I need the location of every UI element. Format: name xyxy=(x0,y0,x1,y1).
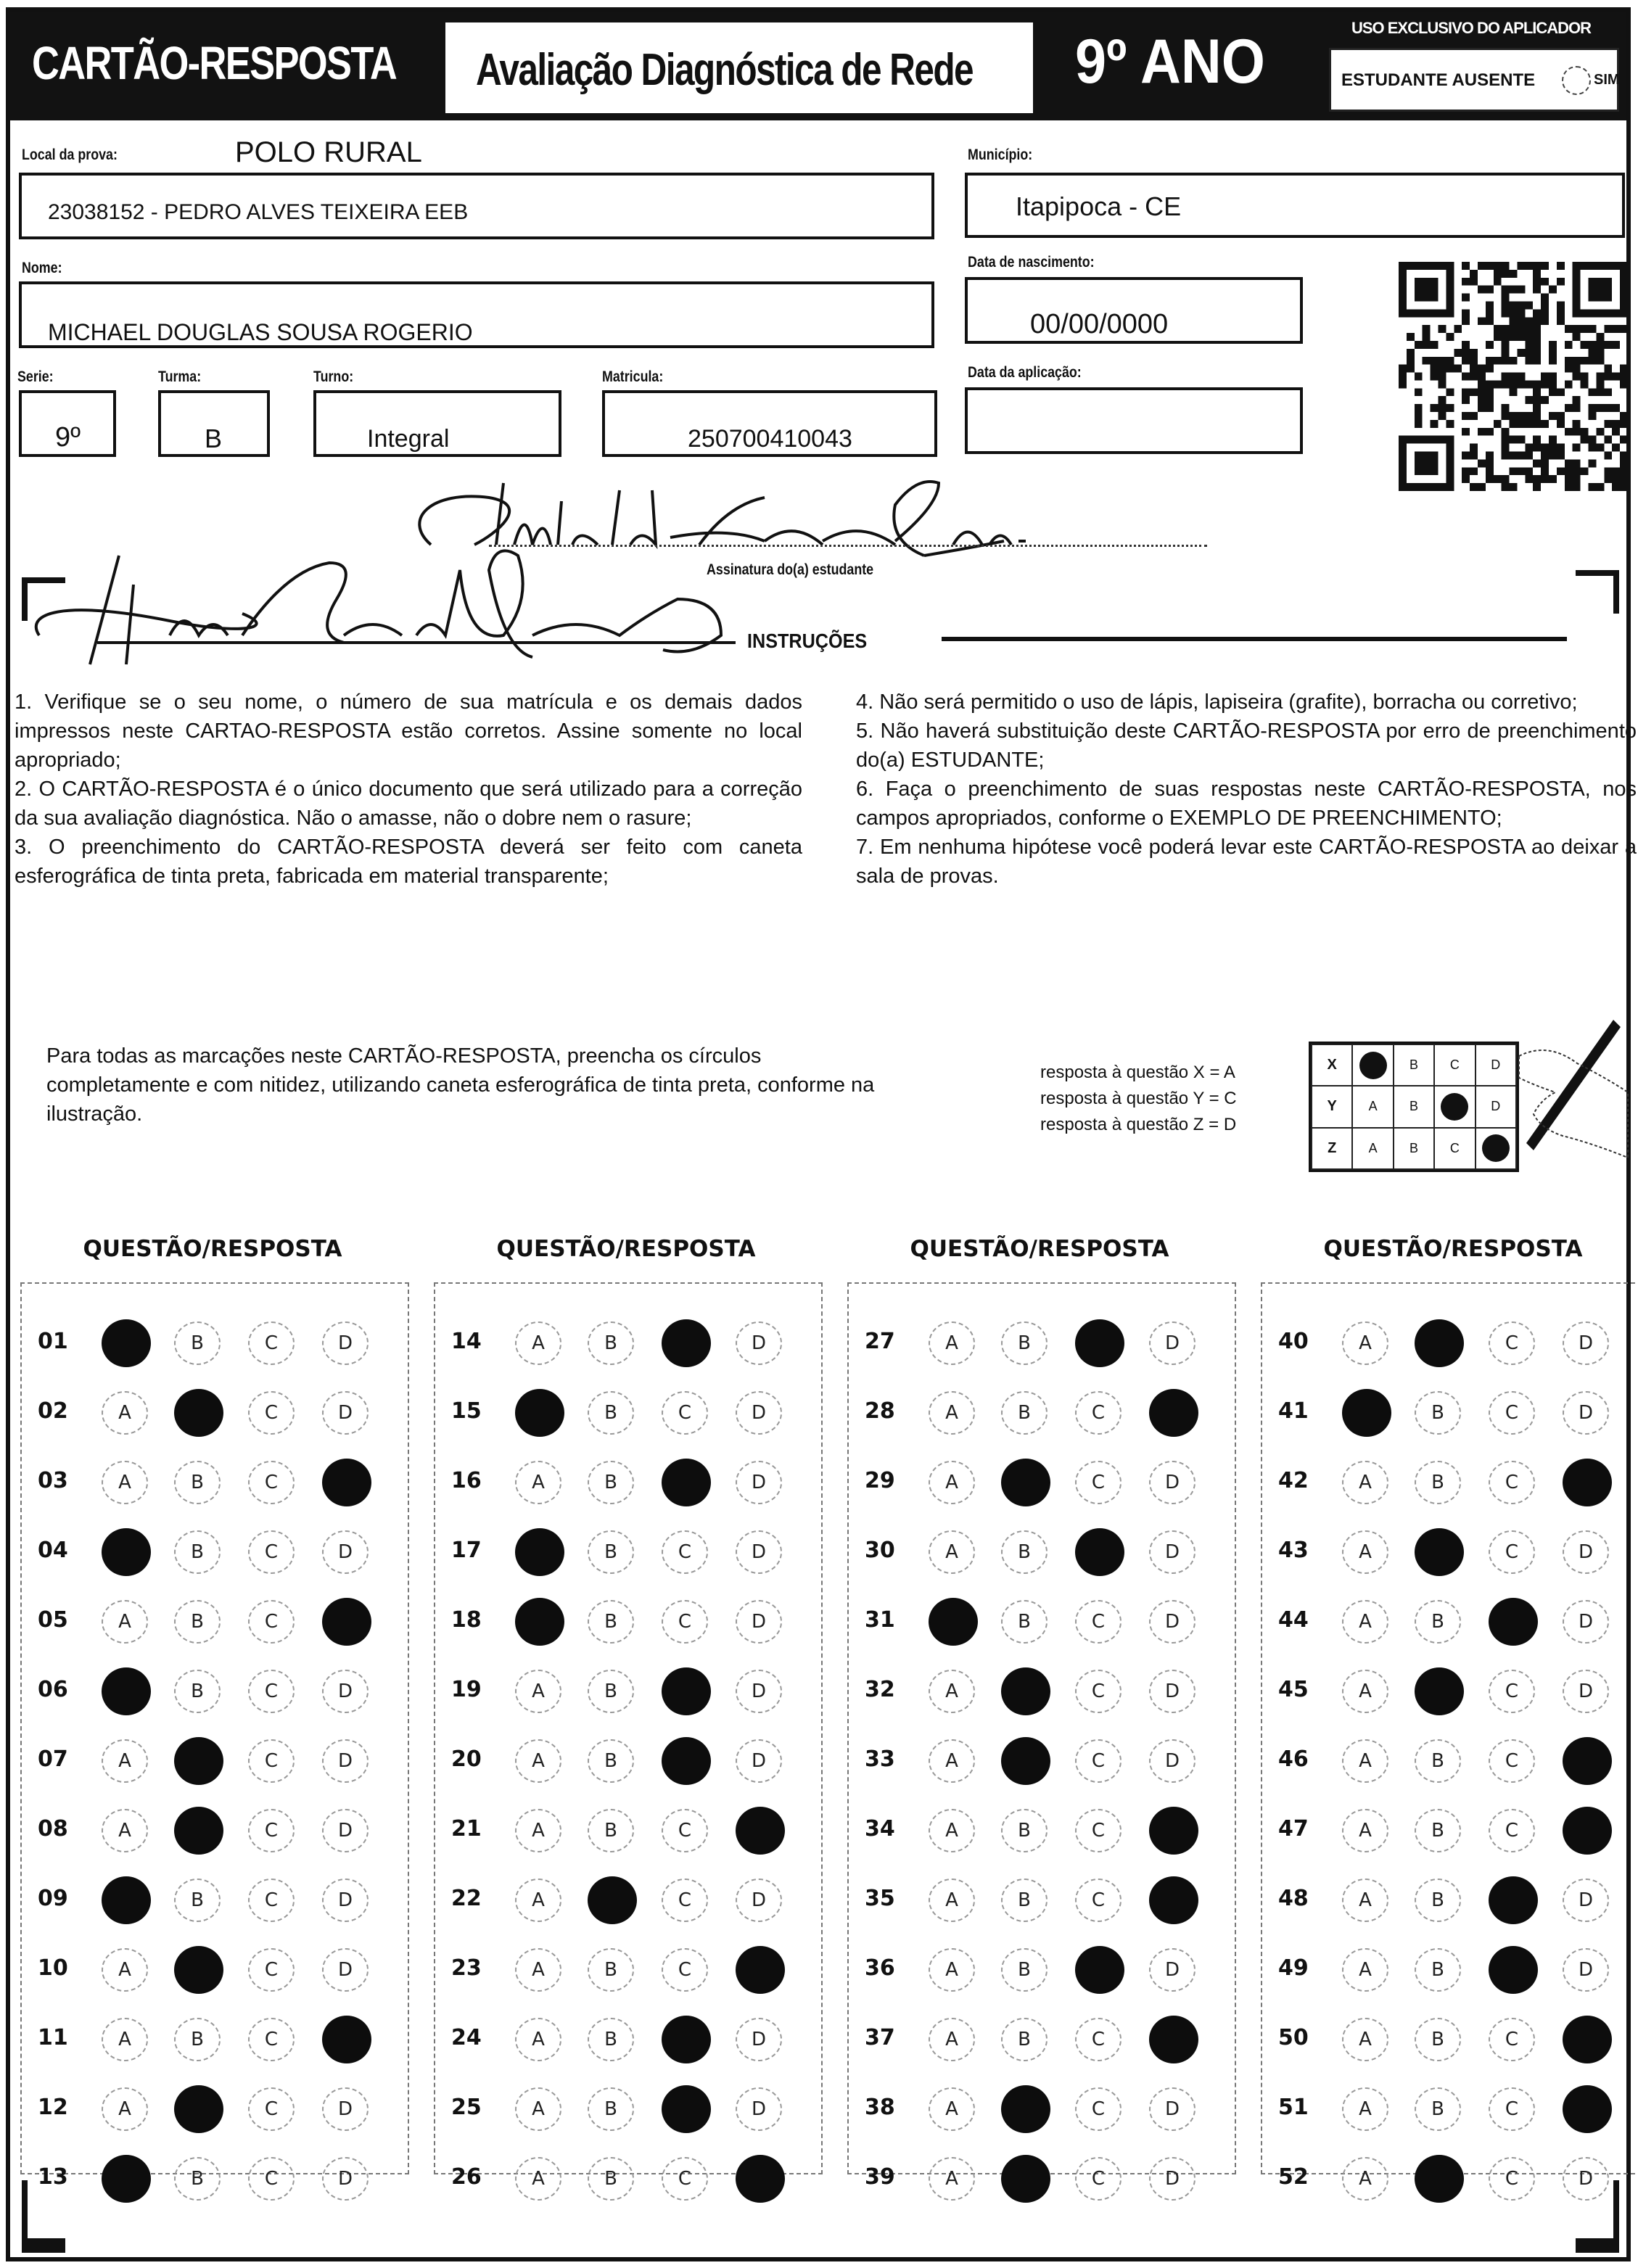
question-row: 48ABCD xyxy=(1262,1865,1638,1935)
answer-bubble-a[interactable]: A xyxy=(929,1739,975,1783)
answer-bubble-b[interactable]: B xyxy=(1415,2087,1461,2131)
answer-bubble-b[interactable]: B xyxy=(1415,1600,1461,1644)
answer-bubble-d[interactable]: D xyxy=(1563,2016,1612,2063)
answer-bubble-a[interactable]: A xyxy=(929,1809,975,1852)
answer-bubble-d[interactable]: D xyxy=(322,1670,369,1713)
answer-bubble-c[interactable]: C xyxy=(1075,1879,1122,1922)
answer-bubble-c[interactable]: C xyxy=(1489,1391,1535,1435)
answer-bubble-b[interactable]: B xyxy=(174,1530,221,1574)
answer-bubble-c[interactable]: C xyxy=(1075,2157,1122,2201)
applicator-label: USO EXCLUSIVO DO APLICADOR xyxy=(1316,19,1626,38)
answer-bubble-a[interactable]: A xyxy=(929,1321,975,1365)
question-row: 08ABCD xyxy=(22,1796,408,1865)
answer-bubble-b[interactable]: B xyxy=(174,1807,223,1855)
answer-bubble-a[interactable]: A xyxy=(102,2087,148,2131)
answer-bubble-a[interactable]: A xyxy=(1342,1600,1388,1644)
question-number: 07 xyxy=(38,1747,68,1772)
answer-bubble-c[interactable]: C xyxy=(248,1321,295,1365)
answer-bubble-a[interactable]: A xyxy=(1342,1948,1388,1992)
answer-bubble-b[interactable]: B xyxy=(1415,1948,1461,1992)
question-number: 38 xyxy=(865,2095,895,2120)
answer-bubble-b[interactable]: B xyxy=(588,1391,634,1435)
answer-bubble-b[interactable]: B xyxy=(588,1739,634,1783)
question-row: 06ABCD xyxy=(22,1657,408,1726)
answer-bubble-c[interactable]: C xyxy=(662,1879,708,1922)
question-number: 39 xyxy=(865,2164,895,2190)
answer-bubble-a[interactable]: A xyxy=(515,1879,561,1922)
answer-bubble-b[interactable]: B xyxy=(174,2018,221,2061)
answer-bubble-a[interactable]: A xyxy=(929,1948,975,1992)
question-number: 09 xyxy=(38,1886,68,1911)
answer-bubble-c[interactable]: C xyxy=(1075,2018,1122,2061)
answer-bubble-d[interactable]: D xyxy=(1149,1807,1198,1855)
question-number: 46 xyxy=(1278,1747,1309,1772)
answer-bubble-b[interactable]: B xyxy=(588,2157,634,2201)
answer-bubble-d[interactable]: D xyxy=(322,2016,371,2063)
answer-bubble-c[interactable]: C xyxy=(248,1391,295,1435)
answer-bubble-d[interactable]: D xyxy=(1563,2085,1612,2133)
example-option xyxy=(1352,1044,1393,1086)
aplicacao-field xyxy=(965,387,1303,454)
answer-bubble-c[interactable]: C xyxy=(662,1600,708,1644)
nome-value: MICHAEL DOUGLAS SOUSA ROGERIO xyxy=(48,319,473,346)
answer-bubble-a[interactable]: A xyxy=(102,1319,151,1367)
answer-bubble-a[interactable]: A xyxy=(1342,2018,1388,2061)
answer-bubble-b[interactable]: B xyxy=(588,1530,634,1574)
answer-bubble-c[interactable]: C xyxy=(248,1670,295,1713)
answer-sheet: CARTÃO-RESPOSTA Avaliação Diagnóstica de… xyxy=(6,7,1631,2261)
example-option: B xyxy=(1394,1128,1434,1169)
absent-radio[interactable] xyxy=(1562,66,1591,95)
answer-bubble-c[interactable]: C xyxy=(248,1461,295,1504)
answer-bubble-c[interactable]: C xyxy=(1075,1528,1124,1576)
question-row: 01ABCD xyxy=(22,1308,408,1378)
answer-bubble-b[interactable]: B xyxy=(174,1946,223,1994)
question-row: 24ABCD xyxy=(435,2005,821,2074)
filled-bubble-icon xyxy=(1441,1093,1468,1121)
answer-bubble-c[interactable]: C xyxy=(662,1530,708,1574)
question-row: 32ABCD xyxy=(849,1657,1235,1726)
answer-bubble-a[interactable]: A xyxy=(929,2087,975,2131)
serie-value: 9º xyxy=(55,422,81,453)
answer-bubble-c[interactable]: C xyxy=(1489,1809,1535,1852)
answer-bubble-d[interactable]: D xyxy=(736,2087,782,2131)
answer-bubble-c[interactable]: C xyxy=(248,1600,295,1644)
example-legend-item: resposta à questão Y = C xyxy=(1040,1086,1237,1112)
answer-bubble-d[interactable]: D xyxy=(322,1598,371,1646)
turno-value: Integral xyxy=(367,425,449,453)
answer-bubble-d[interactable]: D xyxy=(736,1391,782,1435)
answer-bubble-d[interactable]: D xyxy=(736,1739,782,1783)
question-number: 02 xyxy=(38,1398,68,1424)
answer-bubble-d[interactable]: D xyxy=(1563,1807,1612,1855)
answer-bubble-a[interactable]: A xyxy=(102,1461,148,1504)
answer-bubble-b[interactable]: B xyxy=(174,1737,223,1785)
question-number: 43 xyxy=(1278,1538,1309,1563)
answer-bubble-b[interactable]: B xyxy=(588,1321,634,1365)
question-number: 29 xyxy=(865,1468,895,1493)
answer-bubble-d[interactable]: D xyxy=(1149,1876,1198,1924)
question-number: 42 xyxy=(1278,1468,1309,1493)
answer-bubble-c[interactable]: C xyxy=(248,1879,295,1922)
answer-bubble-d[interactable]: D xyxy=(322,2157,369,2201)
nascimento-field: 00/00/0000 xyxy=(965,277,1303,344)
answer-bubble-a[interactable]: A xyxy=(102,1528,151,1576)
answer-bubble-d[interactable]: D xyxy=(736,1600,782,1644)
answer-bubble-a[interactable]: A xyxy=(929,1879,975,1922)
registration-mark-bottom-left xyxy=(22,2180,65,2253)
answer-bubble-d[interactable]: D xyxy=(322,2087,369,2131)
answer-bubble-a[interactable]: A xyxy=(929,2157,975,2201)
answer-bubble-a[interactable]: A xyxy=(102,2155,151,2203)
answer-bubble-d[interactable]: D xyxy=(322,1739,369,1783)
answer-bubble-d[interactable]: D xyxy=(1563,1737,1612,1785)
question-number: 51 xyxy=(1278,2095,1309,2120)
answer-bubble-b[interactable]: B xyxy=(1001,1391,1048,1435)
answer-bubble-b[interactable]: B xyxy=(174,1321,221,1365)
exam-title-box: Avaliação Diagnóstica de Rede xyxy=(445,22,1033,113)
answer-bubble-a[interactable]: A xyxy=(1342,1389,1391,1437)
answer-bubble-d[interactable]: D xyxy=(736,2018,782,2061)
question-number: 21 xyxy=(451,1816,482,1842)
answer-bubble-c[interactable]: C xyxy=(1075,1461,1122,1504)
answer-bubble-d[interactable]: D xyxy=(736,1807,785,1855)
question-row: 22ABCD xyxy=(435,1865,821,1935)
answer-bubble-b[interactable]: B xyxy=(588,2087,634,2131)
answer-bubble-a[interactable]: A xyxy=(1342,1739,1388,1783)
answer-bubble-a[interactable]: A xyxy=(929,1598,978,1646)
answer-bubble-d[interactable]: D xyxy=(1149,1948,1195,1992)
answer-bubble-b[interactable]: B xyxy=(174,1879,221,1922)
answer-bubble-d[interactable]: D xyxy=(736,1461,782,1504)
answer-bubble-b[interactable]: B xyxy=(1415,2018,1461,2061)
example-option xyxy=(1434,1086,1475,1127)
answer-bubble-a[interactable]: A xyxy=(515,1739,561,1783)
answer-bubble-c[interactable]: C xyxy=(1489,1670,1535,1713)
answer-bubble-a[interactable]: A xyxy=(515,1670,561,1713)
answer-bubble-a[interactable]: A xyxy=(515,2157,561,2201)
answer-bubble-d[interactable]: D xyxy=(1149,1461,1195,1504)
answer-bubble-c[interactable]: C xyxy=(248,2018,295,2061)
answer-bubble-c[interactable]: C xyxy=(1489,1530,1535,1574)
answer-bubble-c[interactable]: C xyxy=(1489,1739,1535,1783)
question-number: 06 xyxy=(38,1677,68,1702)
answer-bubble-c[interactable]: C xyxy=(1489,2087,1535,2131)
serie-label: Serie: xyxy=(17,368,54,386)
question-row: 05ABCD xyxy=(22,1587,408,1657)
applicator-box: USO EXCLUSIVO DO APLICADOR ESTUDANTE AUS… xyxy=(1316,12,1626,120)
answer-bubble-a[interactable]: A xyxy=(1342,1461,1388,1504)
instruction-item: 7. Em nenhuma hipótese você poderá levar… xyxy=(856,833,1637,891)
example-question-key: X xyxy=(1312,1044,1352,1086)
matricula-field: 250700410043 xyxy=(602,390,937,457)
answer-bubble-a[interactable]: A xyxy=(929,1670,975,1713)
answer-bubble-a[interactable]: A xyxy=(929,1391,975,1435)
question-row: 41ABCD xyxy=(1262,1378,1638,1448)
municipio-label: Município: xyxy=(968,147,1032,164)
answer-bubble-c[interactable]: C xyxy=(248,1948,295,1992)
example-option: B xyxy=(1394,1086,1434,1127)
answer-bubble-c[interactable]: C xyxy=(1075,1946,1124,1994)
answer-bubble-c[interactable]: C xyxy=(662,2157,708,2201)
answer-bubble-d[interactable]: D xyxy=(1563,1391,1609,1435)
question-number: 36 xyxy=(865,1955,895,1981)
answer-bubble-b[interactable]: B xyxy=(588,1948,634,1992)
answer-bubble-b[interactable]: B xyxy=(1001,1667,1050,1715)
answer-bubble-b[interactable]: B xyxy=(588,1670,634,1713)
answer-bubble-b[interactable]: B xyxy=(1001,1879,1048,1922)
column-header: QUESTÃO/RESPOSTA xyxy=(1246,1236,1638,1262)
answer-bubble-a[interactable]: A xyxy=(1342,1321,1388,1365)
turno-label: Turno: xyxy=(313,368,353,386)
answer-bubble-a[interactable]: A xyxy=(929,2018,975,2061)
answer-bubble-d[interactable]: D xyxy=(322,1459,371,1506)
answer-bubble-c[interactable]: C xyxy=(1075,1391,1122,1435)
answer-bubble-a[interactable]: A xyxy=(515,1461,561,1504)
answer-bubble-d[interactable]: D xyxy=(322,1948,369,1992)
answer-bubble-d[interactable]: D xyxy=(1563,1530,1609,1574)
question-row: 18ABCD xyxy=(435,1587,821,1657)
answer-bubble-c[interactable]: C xyxy=(662,1667,711,1715)
answer-bubble-d[interactable]: D xyxy=(1563,1879,1609,1922)
answer-bubble-d[interactable]: D xyxy=(1149,2087,1195,2131)
answer-bubble-a[interactable]: A xyxy=(102,1809,148,1852)
answer-bubble-d[interactable]: D xyxy=(736,2155,785,2203)
answer-bubble-a[interactable]: A xyxy=(515,1321,561,1365)
question-number: 04 xyxy=(38,1538,68,1563)
instruction-item: 5. Não haverá substituição deste CARTÃO-… xyxy=(856,717,1637,775)
answer-bubble-d[interactable]: D xyxy=(322,1530,369,1574)
answer-bubble-a[interactable]: A xyxy=(102,1600,148,1644)
answer-bubble-d[interactable]: D xyxy=(1149,1600,1195,1644)
answer-bubble-a[interactable]: A xyxy=(515,1528,564,1576)
question-row: 38ABCD xyxy=(849,2074,1235,2144)
question-row: 12ABCD xyxy=(22,2074,408,2144)
answer-bubble-a[interactable]: A xyxy=(1342,2087,1388,2131)
answer-bubble-c[interactable]: C xyxy=(662,1948,708,1992)
answer-bubble-d[interactable]: D xyxy=(1149,1739,1195,1783)
answer-bubble-c[interactable]: C xyxy=(1489,1321,1535,1365)
answer-bubble-d[interactable]: D xyxy=(1149,1389,1198,1437)
question-row: 35ABCD xyxy=(849,1865,1235,1935)
answer-bubble-a[interactable]: A xyxy=(515,2018,561,2061)
answer-bubble-b[interactable]: B xyxy=(1415,2155,1464,2203)
answer-bubble-a[interactable]: A xyxy=(102,1948,148,1992)
answer-bubble-b[interactable]: B xyxy=(1415,1879,1461,1922)
question-number: 30 xyxy=(865,1538,895,1563)
answer-bubble-c[interactable]: C xyxy=(662,1391,708,1435)
answer-bubble-a[interactable]: A xyxy=(102,1667,151,1715)
answer-bubble-b[interactable]: B xyxy=(1415,1667,1464,1715)
answer-bubble-d[interactable]: D xyxy=(1563,1600,1609,1644)
answer-bubble-a[interactable]: A xyxy=(515,1598,564,1646)
answer-bubble-b[interactable]: B xyxy=(1415,1319,1464,1367)
answer-bubble-a[interactable]: A xyxy=(1342,1809,1388,1852)
answer-bubble-b[interactable]: B xyxy=(1001,2018,1048,2061)
answer-bubble-d[interactable]: D xyxy=(1149,1670,1195,1713)
question-number: 12 xyxy=(38,2095,68,2120)
question-number: 28 xyxy=(865,1398,895,1424)
answer-bubble-c[interactable]: C xyxy=(1489,1598,1538,1646)
answer-bubble-d[interactable]: D xyxy=(736,1879,782,1922)
answer-bubble-b[interactable]: B xyxy=(1001,2155,1050,2203)
answer-bubble-c[interactable]: C xyxy=(662,1319,711,1367)
answer-bubble-d[interactable]: D xyxy=(1149,1321,1195,1365)
answer-bubble-c[interactable]: C xyxy=(1489,2157,1535,2201)
answer-bubble-b[interactable]: B xyxy=(588,1600,634,1644)
answer-bubble-b[interactable]: B xyxy=(1415,1739,1461,1783)
question-number: 10 xyxy=(38,1955,68,1981)
answer-bubble-b[interactable]: B xyxy=(174,1670,221,1713)
nascimento-value: 00/00/0000 xyxy=(1030,309,1168,340)
answer-bubble-c[interactable]: C xyxy=(662,2016,711,2063)
question-number: 15 xyxy=(451,1398,482,1424)
answer-bubble-a[interactable]: A xyxy=(515,1809,561,1852)
answer-bubble-d[interactable]: D xyxy=(322,1809,369,1852)
answer-bubble-c[interactable]: C xyxy=(248,1809,295,1852)
answer-column: 40ABCD41ABCD42ABCD43ABCD44ABCD45ABCD46AB… xyxy=(1261,1282,1638,2174)
answer-bubble-d[interactable]: D xyxy=(736,1946,785,1994)
answer-bubble-b[interactable]: B xyxy=(1415,1528,1464,1576)
answer-bubble-a[interactable]: A xyxy=(515,2087,561,2131)
question-number: 01 xyxy=(38,1329,68,1354)
question-number: 52 xyxy=(1278,2164,1309,2190)
answer-bubble-c[interactable]: C xyxy=(1075,1809,1122,1852)
answer-bubble-b[interactable]: B xyxy=(1415,1391,1461,1435)
answer-bubble-d[interactable]: D xyxy=(322,1321,369,1365)
answer-column: 14ABCD15ABCD16ABCD17ABCD18ABCD19ABCD20AB… xyxy=(434,1282,823,2174)
answer-bubble-d[interactable]: D xyxy=(1563,1948,1609,1992)
answer-bubble-b[interactable]: B xyxy=(1415,1809,1461,1852)
answer-bubble-a[interactable]: A xyxy=(1342,2157,1388,2201)
instructions-rule xyxy=(942,637,1567,641)
answer-bubble-b[interactable]: B xyxy=(1001,1530,1048,1574)
municipio-field: Itapipoca - CE xyxy=(965,173,1625,238)
answer-bubble-c[interactable]: C xyxy=(1075,1739,1122,1783)
question-row: 46ABCD xyxy=(1262,1726,1638,1796)
answer-bubble-c[interactable]: C xyxy=(248,2087,295,2131)
question-row: 50ABCD xyxy=(1262,2005,1638,2074)
answer-bubble-a[interactable]: A xyxy=(929,1461,975,1504)
example-row: ZABC xyxy=(1312,1128,1516,1169)
answer-bubble-d[interactable]: D xyxy=(736,1530,782,1574)
question-number: 45 xyxy=(1278,1677,1309,1702)
absent-option-label: SIM xyxy=(1594,72,1620,88)
answer-bubble-c[interactable]: C xyxy=(1489,2018,1535,2061)
example-legend-item: resposta à questão Z = D xyxy=(1040,1112,1237,1138)
example-question-key: Y xyxy=(1312,1086,1352,1127)
answer-bubble-c[interactable]: C xyxy=(1489,1876,1538,1924)
answer-bubble-d[interactable]: D xyxy=(1149,1530,1195,1574)
example-option: C xyxy=(1434,1128,1475,1169)
turma-label: Turma: xyxy=(158,368,201,386)
question-row: 47ABCD xyxy=(1262,1796,1638,1865)
answer-bubble-c[interactable]: C xyxy=(662,1809,708,1852)
question-number: 16 xyxy=(451,1468,482,1493)
instructions-title: INSTRUÇÕES xyxy=(747,630,867,653)
question-row: 14ABCD xyxy=(435,1308,821,1378)
matricula-value: 250700410043 xyxy=(688,425,852,453)
matricula-label: Matricula: xyxy=(602,368,663,386)
answer-bubble-d[interactable]: D xyxy=(1563,1321,1609,1365)
answer-bubble-b[interactable]: B xyxy=(1001,1600,1048,1644)
answer-bubble-d[interactable]: D xyxy=(322,1879,369,1922)
answer-bubble-c[interactable]: C xyxy=(662,2085,711,2133)
answer-bubble-b[interactable]: B xyxy=(588,2018,634,2061)
instruction-item: 2. O CARTÃO-RESPOSTA é o único documento… xyxy=(15,775,802,833)
question-row: 36ABCD xyxy=(849,1935,1235,2005)
answer-bubble-c[interactable]: C xyxy=(248,1739,295,1783)
serie-field: 9º xyxy=(19,390,116,457)
answer-bubble-c[interactable]: C xyxy=(248,2157,295,2201)
answer-bubble-b[interactable]: B xyxy=(174,2085,223,2133)
answer-bubble-b[interactable]: B xyxy=(588,1809,634,1852)
answer-bubble-c[interactable]: C xyxy=(1489,1946,1538,1994)
answer-bubble-c[interactable]: C xyxy=(1489,1461,1535,1504)
answer-bubble-c[interactable]: C xyxy=(248,1530,295,1574)
answer-bubble-b[interactable]: B xyxy=(174,1389,223,1437)
answer-bubble-b[interactable]: B xyxy=(1001,1321,1048,1365)
answer-bubble-d[interactable]: D xyxy=(736,1321,782,1365)
answer-bubble-a[interactable]: A xyxy=(1342,1530,1388,1574)
instruction-item: 1. Verifique se o seu nome, o número de … xyxy=(15,688,802,775)
nome-label: Nome: xyxy=(22,260,62,277)
answer-bubble-c[interactable]: C xyxy=(1075,1600,1122,1644)
answer-bubble-d[interactable]: D xyxy=(1563,1670,1609,1713)
instructions-right: 4. Não será permitido o uso de lápis, la… xyxy=(856,688,1637,891)
answer-bubble-c[interactable]: C xyxy=(1075,2087,1122,2131)
answer-bubble-a[interactable]: A xyxy=(102,1739,148,1783)
answer-bubble-c[interactable]: C xyxy=(662,1459,711,1506)
answer-bubble-b[interactable]: B xyxy=(1001,1948,1048,1992)
answer-bubble-c[interactable]: C xyxy=(1075,1670,1122,1713)
answer-bubble-b[interactable]: B xyxy=(588,1461,634,1504)
answer-bubble-d[interactable]: D xyxy=(1149,2016,1198,2063)
answer-bubble-b[interactable]: B xyxy=(1001,2085,1050,2133)
answer-bubble-d[interactable]: D xyxy=(322,1391,369,1435)
answer-bubble-a[interactable]: A xyxy=(929,1530,975,1574)
question-row: 43ABCD xyxy=(1262,1517,1638,1587)
grade-year: 9º ANO xyxy=(1075,26,1265,98)
answer-bubble-b[interactable]: B xyxy=(1001,1459,1050,1506)
answer-bubble-a[interactable]: A xyxy=(1342,1670,1388,1713)
answer-bubble-b[interactable]: B xyxy=(174,2157,221,2201)
answer-bubble-b[interactable]: B xyxy=(1001,1809,1048,1852)
answer-bubble-a[interactable]: A xyxy=(515,1389,564,1437)
question-number: 03 xyxy=(38,1468,68,1493)
answer-bubble-b[interactable]: B xyxy=(588,1876,637,1924)
answer-bubble-b[interactable]: B xyxy=(1001,1737,1050,1785)
answer-bubble-b[interactable]: B xyxy=(174,1461,221,1504)
answer-bubble-d[interactable]: D xyxy=(1563,1459,1612,1506)
instructions-left: 1. Verifique se o seu nome, o número de … xyxy=(15,688,802,891)
question-row: 26ABCD xyxy=(435,2144,821,2214)
answer-bubble-a[interactable]: A xyxy=(102,1876,151,1924)
answer-bubble-a[interactable]: A xyxy=(102,2018,148,2061)
answer-bubble-c[interactable]: C xyxy=(1075,1319,1124,1367)
question-number: 11 xyxy=(38,2025,68,2050)
answer-bubble-b[interactable]: B xyxy=(174,1600,221,1644)
column-header: QUESTÃO/RESPOSTA xyxy=(833,1236,1246,1262)
answer-bubble-c[interactable]: C xyxy=(662,1737,711,1785)
question-row: 20ABCD xyxy=(435,1726,821,1796)
answer-bubble-b[interactable]: B xyxy=(1415,1461,1461,1504)
answer-bubble-a[interactable]: A xyxy=(1342,1879,1388,1922)
answer-bubble-d[interactable]: D xyxy=(1149,2157,1195,2201)
answer-bubble-a[interactable]: A xyxy=(515,1948,561,1992)
answer-bubble-d[interactable]: D xyxy=(736,1670,782,1713)
answer-bubble-a[interactable]: A xyxy=(102,1391,148,1435)
